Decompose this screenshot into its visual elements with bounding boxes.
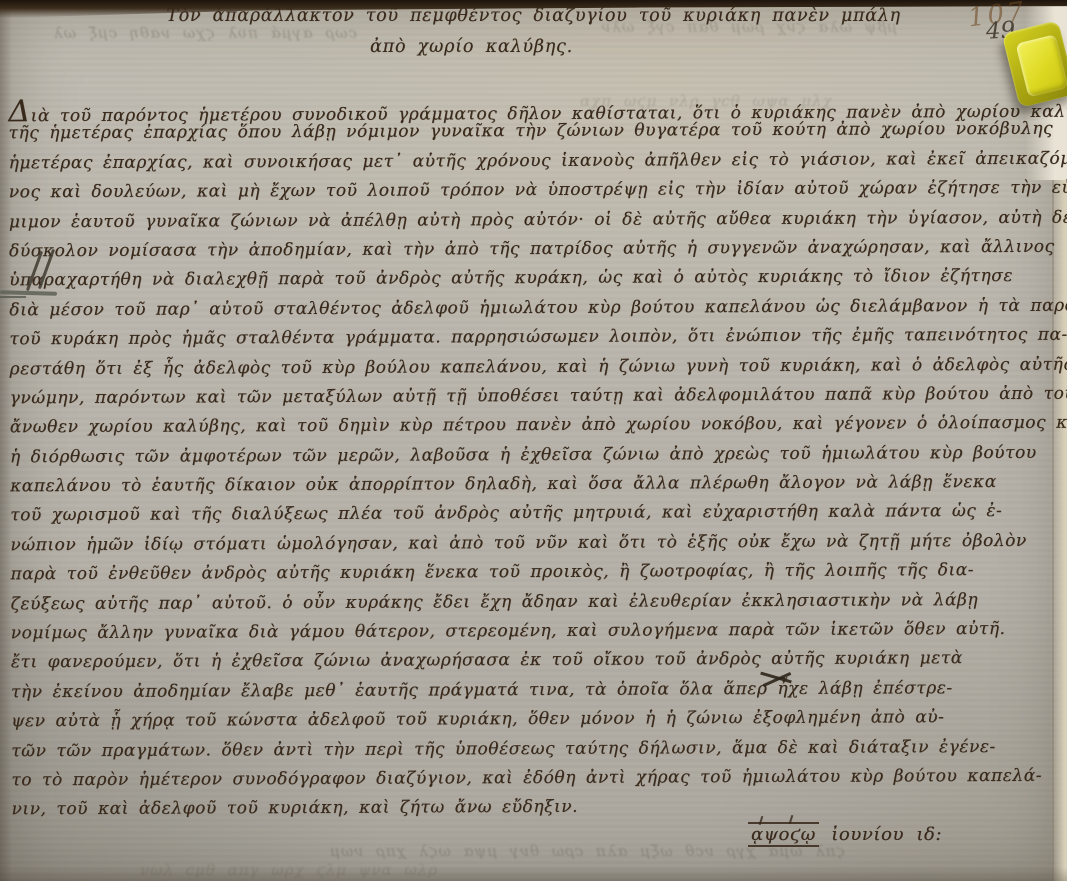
- manuscript-line: ψεν αὐτὰ ᾗ χήρᾳ τοῦ κώνστα ἀδελφοῦ τοῦ κ…: [11, 707, 1059, 741]
- manuscript-photo: ϲωρ αγμά πυλ ϛχω ναθη ϲμξ ωλπ μβψ ωλα ϛν…: [0, 0, 1067, 881]
- manuscript-line: ζεύξεως αὐτῆς παρ᾿ αὐτοῦ. ὁ οὖν κυράκης …: [11, 589, 1059, 623]
- manuscript-line: παρὰ τοῦ ἐνθεῦθεν ἀνδρὸς αὐτῆς κυριάκη ἕ…: [10, 560, 1058, 594]
- date-month-day: ἰουνίου ιδ:: [831, 824, 942, 845]
- manuscript-line: μιμον ἑαυτοῦ γυναῖκα ζώνιων νὰ ἀπέλθῃ αὐ…: [9, 207, 1057, 241]
- book-bottom-edge: [0, 867, 1067, 881]
- manuscript-line: ἔτι φανερούμεν, ὅτι ἡ ἐχθεῖσα ζώνιω ἀναχ…: [11, 648, 1059, 682]
- manuscript-line: διὰ μέσον τοῦ παρ᾿ αὐτοῦ σταλθέντος ἀδελ…: [9, 295, 1057, 329]
- manuscript-body: Διὰ τοῦ παρόντος ἡμετέρου συνοδικοῦ γράμ…: [8, 90, 1059, 859]
- manuscript-line: τοῦ κυράκη πρὸς ἡμᾶς σταλθέντα γράμματα.…: [9, 325, 1057, 359]
- marginal-dash-mark: [0, 296, 26, 298]
- manuscript-line: το τὸ παρὸν ἡμέτερον συνοδόγραφον διαζύγ…: [11, 766, 1059, 800]
- index-tab-face: [1015, 34, 1067, 97]
- manuscript-line: γνώμην, παρόντων καὶ τῶν μεταξύλων αὐτῇ …: [10, 384, 1058, 418]
- page-title: Τὸν ἀπαράλλακτον τοῦ πεμφθέντος διαζυγίο…: [0, 6, 1067, 57]
- manuscript-line: ἡμετέρας ἐπαρχίας, καὶ συνοικήσας μετ᾿ α…: [9, 148, 1057, 182]
- date-line: ᾳψοϛῳ ἰουνίου ιδ:: [748, 824, 942, 845]
- manuscript-line: ἡ διόρθωσις τῶν ἀμφοτέρων τῶν μερῶν, λαβ…: [10, 442, 1058, 476]
- manuscript-line: ρεστάθη ὅτι ἐξ ἧς ἀδελφὸς τοῦ κὺρ βούλου…: [9, 354, 1057, 388]
- date-year-numeral: ᾳψοϛῳ: [748, 822, 819, 847]
- manuscript-line: ἄνωθεν χωρίου καλύβης, καὶ τοῦ δημὶν κὺρ…: [10, 413, 1058, 447]
- manuscript-line: τῶν τῶν πραγμάτων. ὅθεν ἀντὶ τὴν περὶ τῆ…: [11, 736, 1059, 770]
- page-title-line-1: Τὸν ἀπαράλλακτον τοῦ πεμφθέντος διαζυγίο…: [0, 6, 1067, 26]
- manuscript-line: τῆς ἡμετέρας ἐπαρχίας ὅπου λάβῃ νόμιμον …: [8, 119, 1056, 153]
- page-title-line-2: ἀπὸ χωρίο καλύβης.: [0, 37, 1005, 57]
- manuscript-line: τοῦ χωρισμοῦ καὶ τῆς διαλύξεως πλέα τοῦ …: [10, 501, 1058, 535]
- manuscript-line: τὴν ἐκείνου ἀποδημίαν ἔλαβε μεθ᾿ ἑαυτῆς …: [11, 678, 1059, 712]
- manuscript-line: ὑπαραχαρτήθη νὰ διαλεχθῇ παρὰ τοῦ ἀνδρὸς…: [9, 266, 1057, 300]
- manuscript-line: νος καὶ δουλεύων, καὶ μὴ ἔχων τοῦ λοιποῦ…: [9, 178, 1057, 212]
